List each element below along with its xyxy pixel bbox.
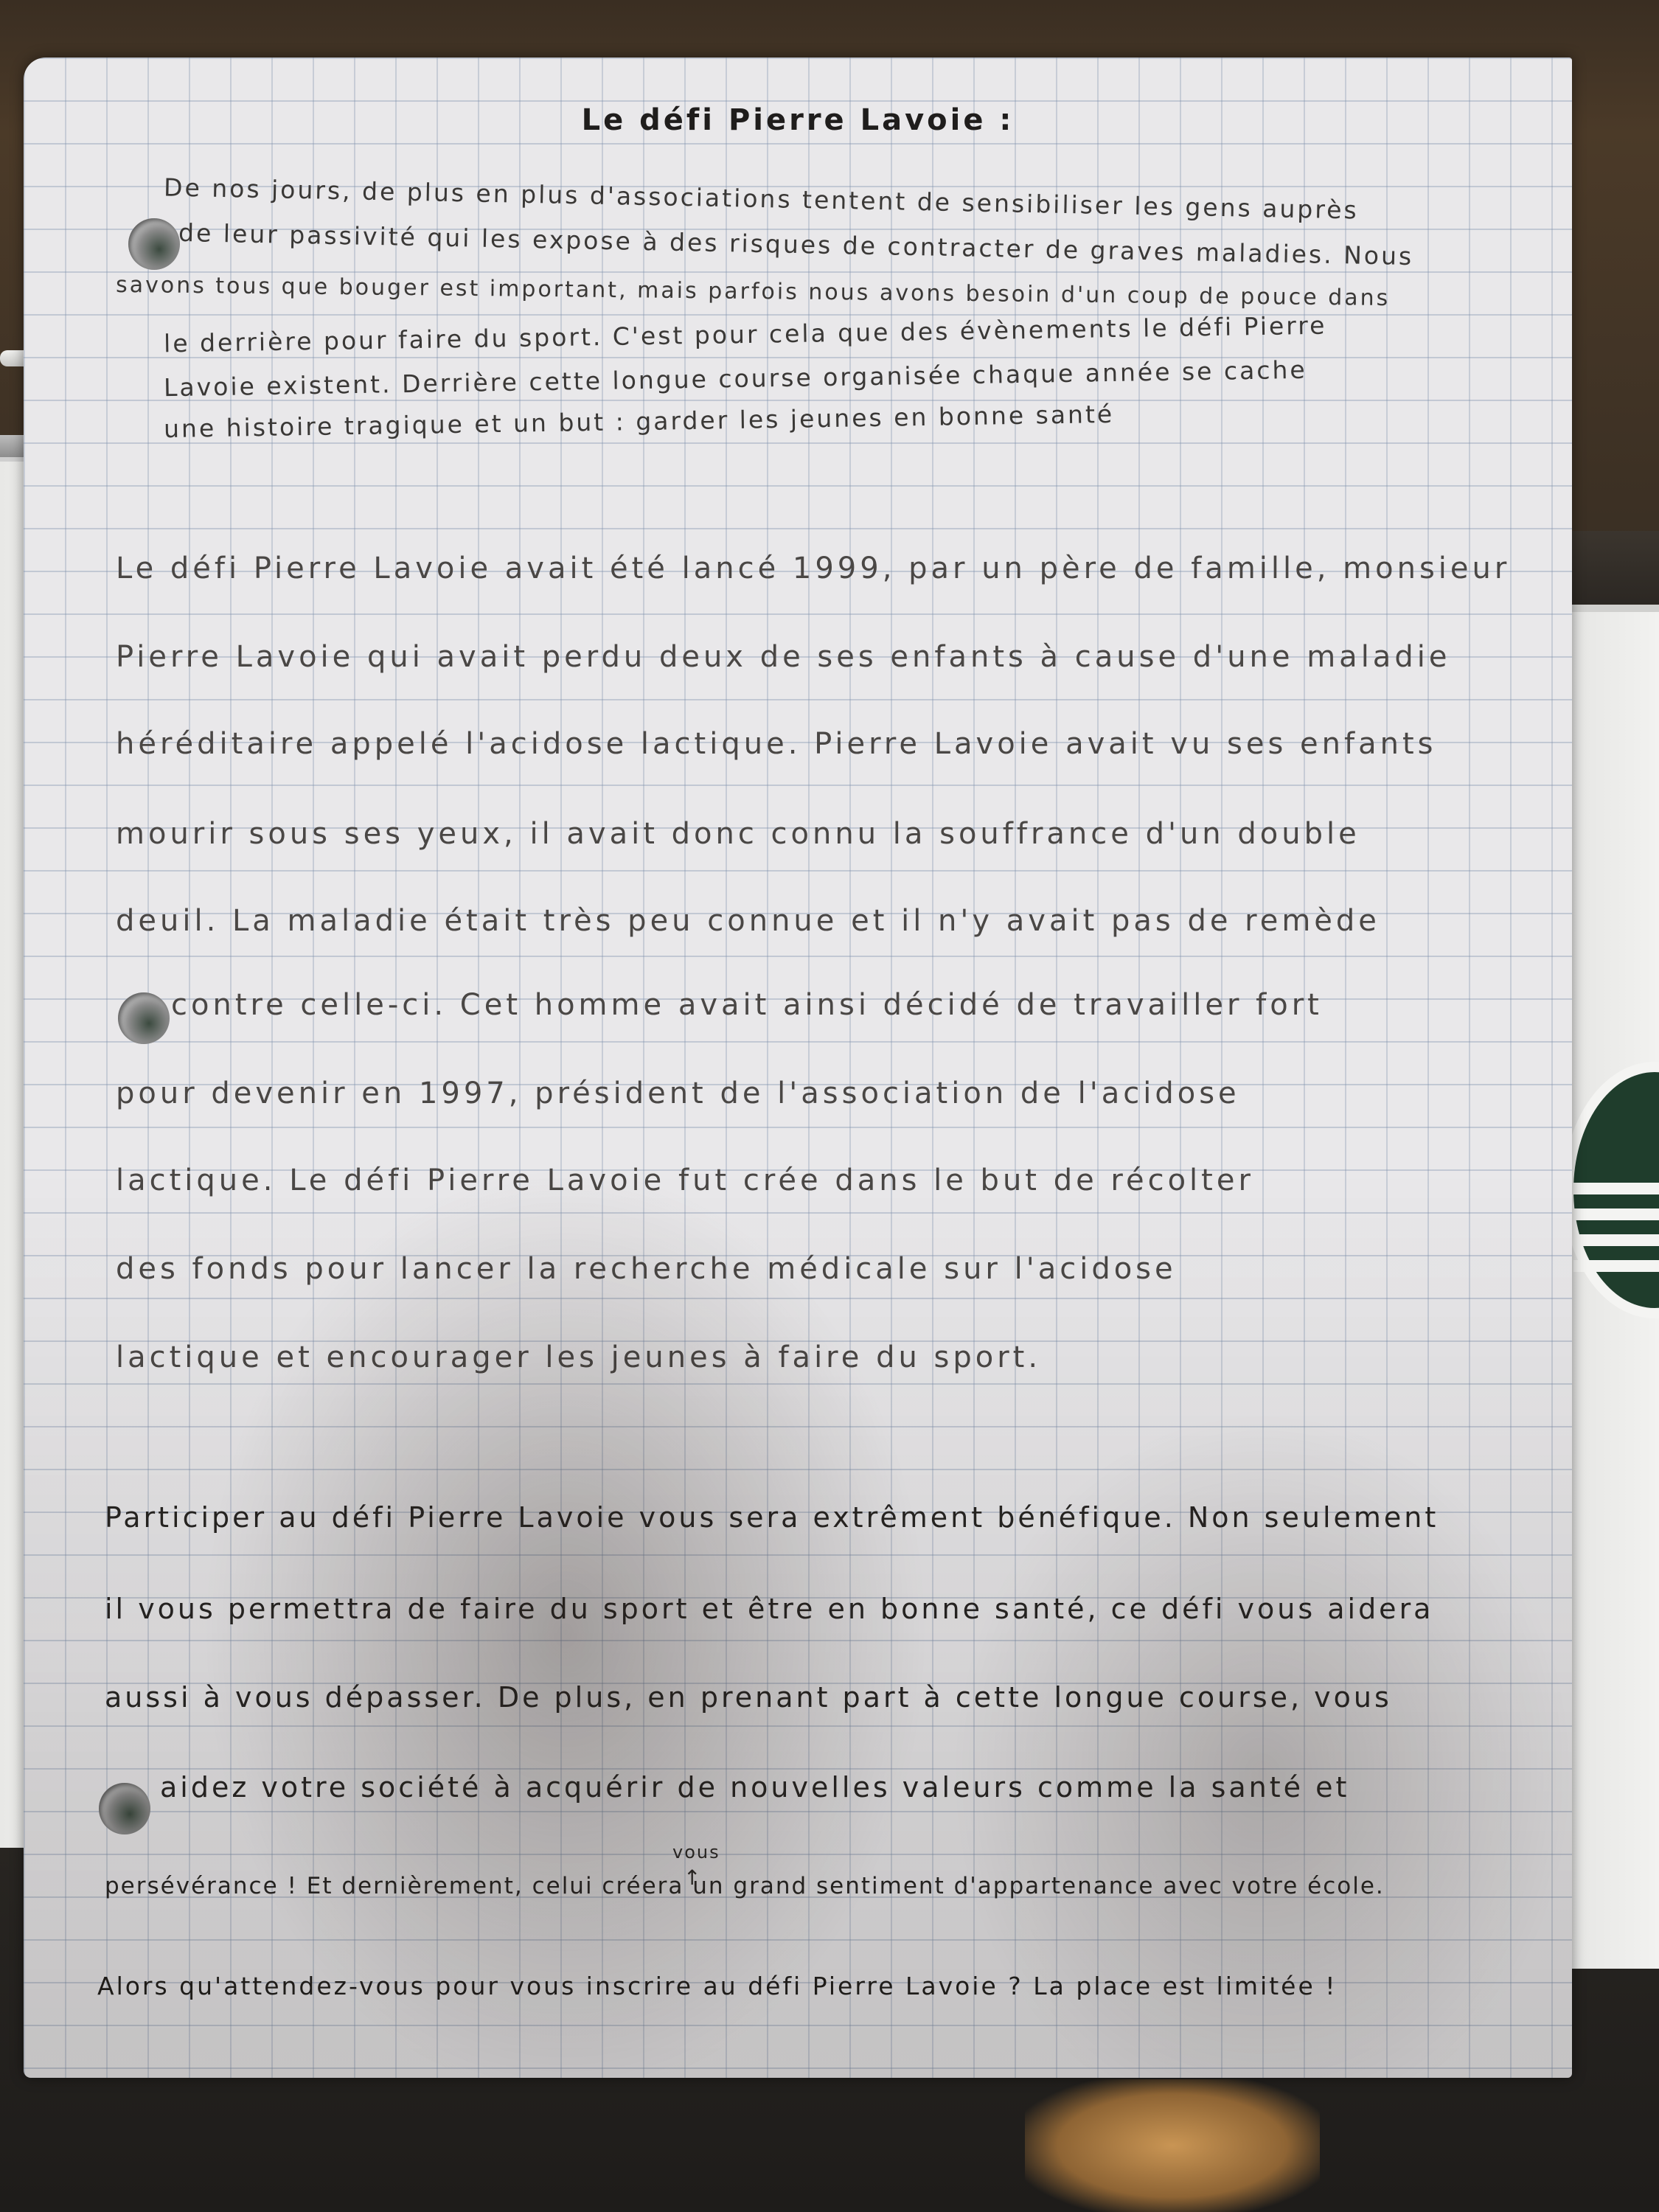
floor-light (1025, 2079, 1320, 2212)
text-line: lactique. Le défi Pierre Lavoie fut crée… (116, 1164, 1254, 1197)
text-line: des fonds pour lancer la recherche médic… (116, 1252, 1177, 1286)
text-line: contre celle-ci. Cet homme avait ainsi d… (171, 988, 1323, 1022)
text-line: Lavoie existent. Derrière cette longue c… (164, 355, 1307, 402)
text-line: Alors qu'attendez-vous pour vous inscrir… (97, 1972, 1338, 2000)
text-line: lactique et encourager les jeunes à fair… (116, 1340, 1041, 1374)
text-line: aidez votre société à acquérir de nouvel… (160, 1771, 1349, 1804)
text-line: mourir sous ses yeux, il avait donc conn… (116, 817, 1360, 851)
punch-hole (118, 992, 170, 1044)
text-line: aussi à vous dépasser. De plus, en prena… (105, 1681, 1392, 1714)
text-line: Le défi Pierre Lavoie avait été lancé 19… (116, 552, 1510, 585)
inserted-word: vous (672, 1842, 720, 1863)
text-line: De nos jours, de plus en plus d'associat… (164, 173, 1359, 224)
text-line: persévérance ! Et dernièrement, celui cr… (105, 1873, 1385, 1899)
text-line: le derrière pour faire du sport. C'est p… (164, 311, 1327, 358)
text-line: deuil. La maladie était très peu connue … (116, 904, 1380, 938)
page-title: Le défi Pierre Lavoie : (24, 103, 1572, 137)
text-line: une histoire tragique et un but : garder… (164, 400, 1115, 443)
notebook-page: Le défi Pierre Lavoie : De nos jours, de… (24, 58, 1572, 2078)
text-line: pour devenir en 1997, président de l'ass… (116, 1077, 1240, 1110)
text-line: héréditaire appelé l'acidose lactique. P… (116, 727, 1436, 761)
text-line: il vous permettra de faire du sport et ê… (105, 1593, 1433, 1625)
punch-hole (128, 218, 180, 270)
text-line: savons tous que bouger est important, ma… (116, 272, 1391, 311)
text-line: de leur passivité qui les expose à des r… (178, 218, 1414, 271)
text-line: Pierre Lavoie qui avait perdu deux de se… (116, 640, 1450, 674)
punch-hole (99, 1783, 150, 1834)
text-line: Participer au défi Pierre Lavoie vous se… (105, 1501, 1439, 1534)
